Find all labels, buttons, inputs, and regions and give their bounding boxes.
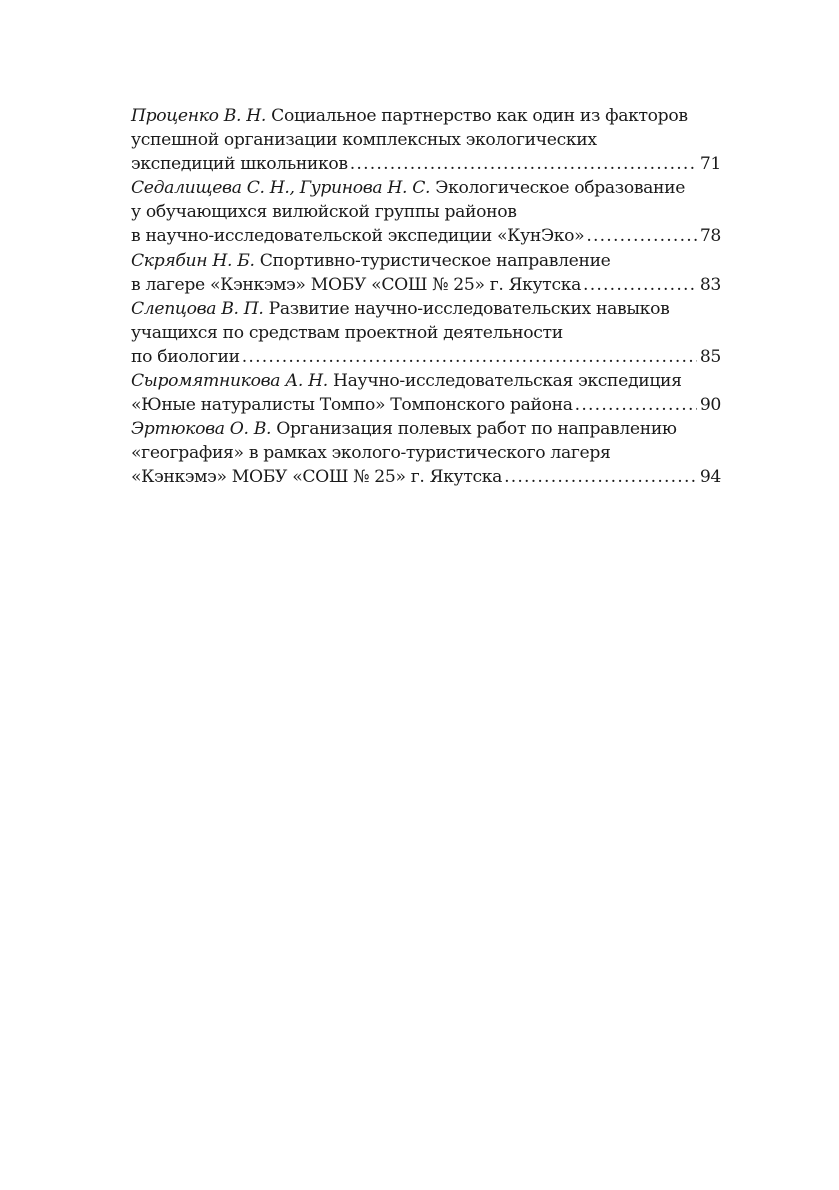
toc-entry-page-number[interactable]: 90 [700, 393, 721, 417]
dot-leader [586, 224, 697, 248]
toc-entry-page-number[interactable]: 78 [700, 224, 721, 248]
toc-entry-title-line: «география» в рамках эколого-туристическ… [131, 441, 721, 465]
toc-entry-title: Организация полевых работ по направлению [276, 419, 676, 439]
toc-entry-last-line: «Кэнкэмэ» МОБУ «СОШ № 25» г. Якутска 94 [131, 465, 721, 489]
toc-entry-page-number[interactable]: 83 [700, 273, 721, 297]
toc-entry-first-line: Слепцова В. П. Развитие научно-исследова… [131, 297, 721, 321]
toc-entry-last-line: по биологии 85 [131, 345, 721, 369]
toc-entry-title-end: «Кэнкэмэ» МОБУ «СОШ № 25» г. Якутска [131, 465, 502, 489]
toc-entry-last-line: экспедиций школьников 71 [131, 152, 721, 176]
toc-entry-author: Седалищева С. Н., Гуринова Н. С. [131, 178, 430, 198]
table-of-contents: Проценко В. Н. Социальное партнерство ка… [131, 104, 721, 490]
toc-entry-page-number[interactable]: 71 [700, 152, 721, 176]
toc-entry-title: Экологическое образование [435, 178, 685, 198]
toc-entry[interactable]: Седалищева С. Н., Гуринова Н. С. Экологи… [131, 176, 721, 248]
toc-entry-author: Скрябин Н. Б. [131, 251, 255, 271]
toc-entry-title-end: экспедиций школьников [131, 152, 348, 176]
toc-entry[interactable]: Сыромятникова А. Н. Научно-исследователь… [131, 369, 721, 417]
toc-entry[interactable]: Эртюкова О. В. Организация полевых работ… [131, 417, 721, 489]
toc-entry-last-line: в лагере «Кэнкэмэ» МОБУ «СОШ № 25» г. Як… [131, 273, 721, 297]
dot-leader [583, 273, 697, 297]
toc-entry-title: Научно-исследовательская экспедиция [333, 371, 682, 391]
toc-entry-author: Слепцова В. П. [131, 299, 264, 319]
toc-entry[interactable]: Слепцова В. П. Развитие научно-исследова… [131, 297, 721, 369]
toc-entry-title-end: «Юные натуралисты Томпо» Томпонского рай… [131, 393, 573, 417]
dot-leader [350, 152, 697, 176]
toc-entry-title: Социальное партнерство как один из факто… [271, 106, 688, 126]
toc-entry-page-number[interactable]: 85 [700, 345, 721, 369]
toc-entry-last-line: в научно-исследовательской экспедиции «К… [131, 224, 721, 248]
toc-entry-title-line: учащихся по средствам проектной деятельн… [131, 321, 721, 345]
toc-entry-last-line: «Юные натуралисты Томпо» Томпонского рай… [131, 393, 721, 417]
dot-leader [575, 393, 697, 417]
toc-entry-title: Спортивно-туристическое направление [260, 251, 611, 271]
dot-leader [504, 465, 697, 489]
dot-leader [242, 345, 697, 369]
toc-entry-first-line: Седалищева С. Н., Гуринова Н. С. Экологи… [131, 176, 721, 200]
toc-entry-title: Развитие научно-исследовательских навыко… [269, 299, 670, 319]
toc-entry[interactable]: Проценко В. Н. Социальное партнерство ка… [131, 104, 721, 176]
toc-entry-page-number[interactable]: 94 [700, 465, 721, 489]
toc-entry[interactable]: Скрябин Н. Б. Спортивно-туристическое на… [131, 249, 721, 297]
toc-entry-author: Проценко В. Н. [131, 106, 266, 126]
toc-entry-first-line: Проценко В. Н. Социальное партнерство ка… [131, 104, 721, 128]
toc-entry-title-end: в научно-исследовательской экспедиции «К… [131, 224, 584, 248]
toc-entry-first-line: Скрябин Н. Б. Спортивно-туристическое на… [131, 249, 721, 273]
toc-entry-author: Эртюкова О. В. [131, 419, 271, 439]
toc-entry-title-end: по биологии [131, 345, 240, 369]
toc-entry-title-line: успешной организации комплексных экологи… [131, 128, 721, 152]
toc-entry-author: Сыромятникова А. Н. [131, 371, 328, 391]
toc-entry-first-line: Сыромятникова А. Н. Научно-исследователь… [131, 369, 721, 393]
toc-entry-title-line: у обучающихся вилюйской группы районов [131, 200, 721, 224]
toc-entry-first-line: Эртюкова О. В. Организация полевых работ… [131, 417, 721, 441]
toc-entry-title-end: в лагере «Кэнкэмэ» МОБУ «СОШ № 25» г. Як… [131, 273, 581, 297]
